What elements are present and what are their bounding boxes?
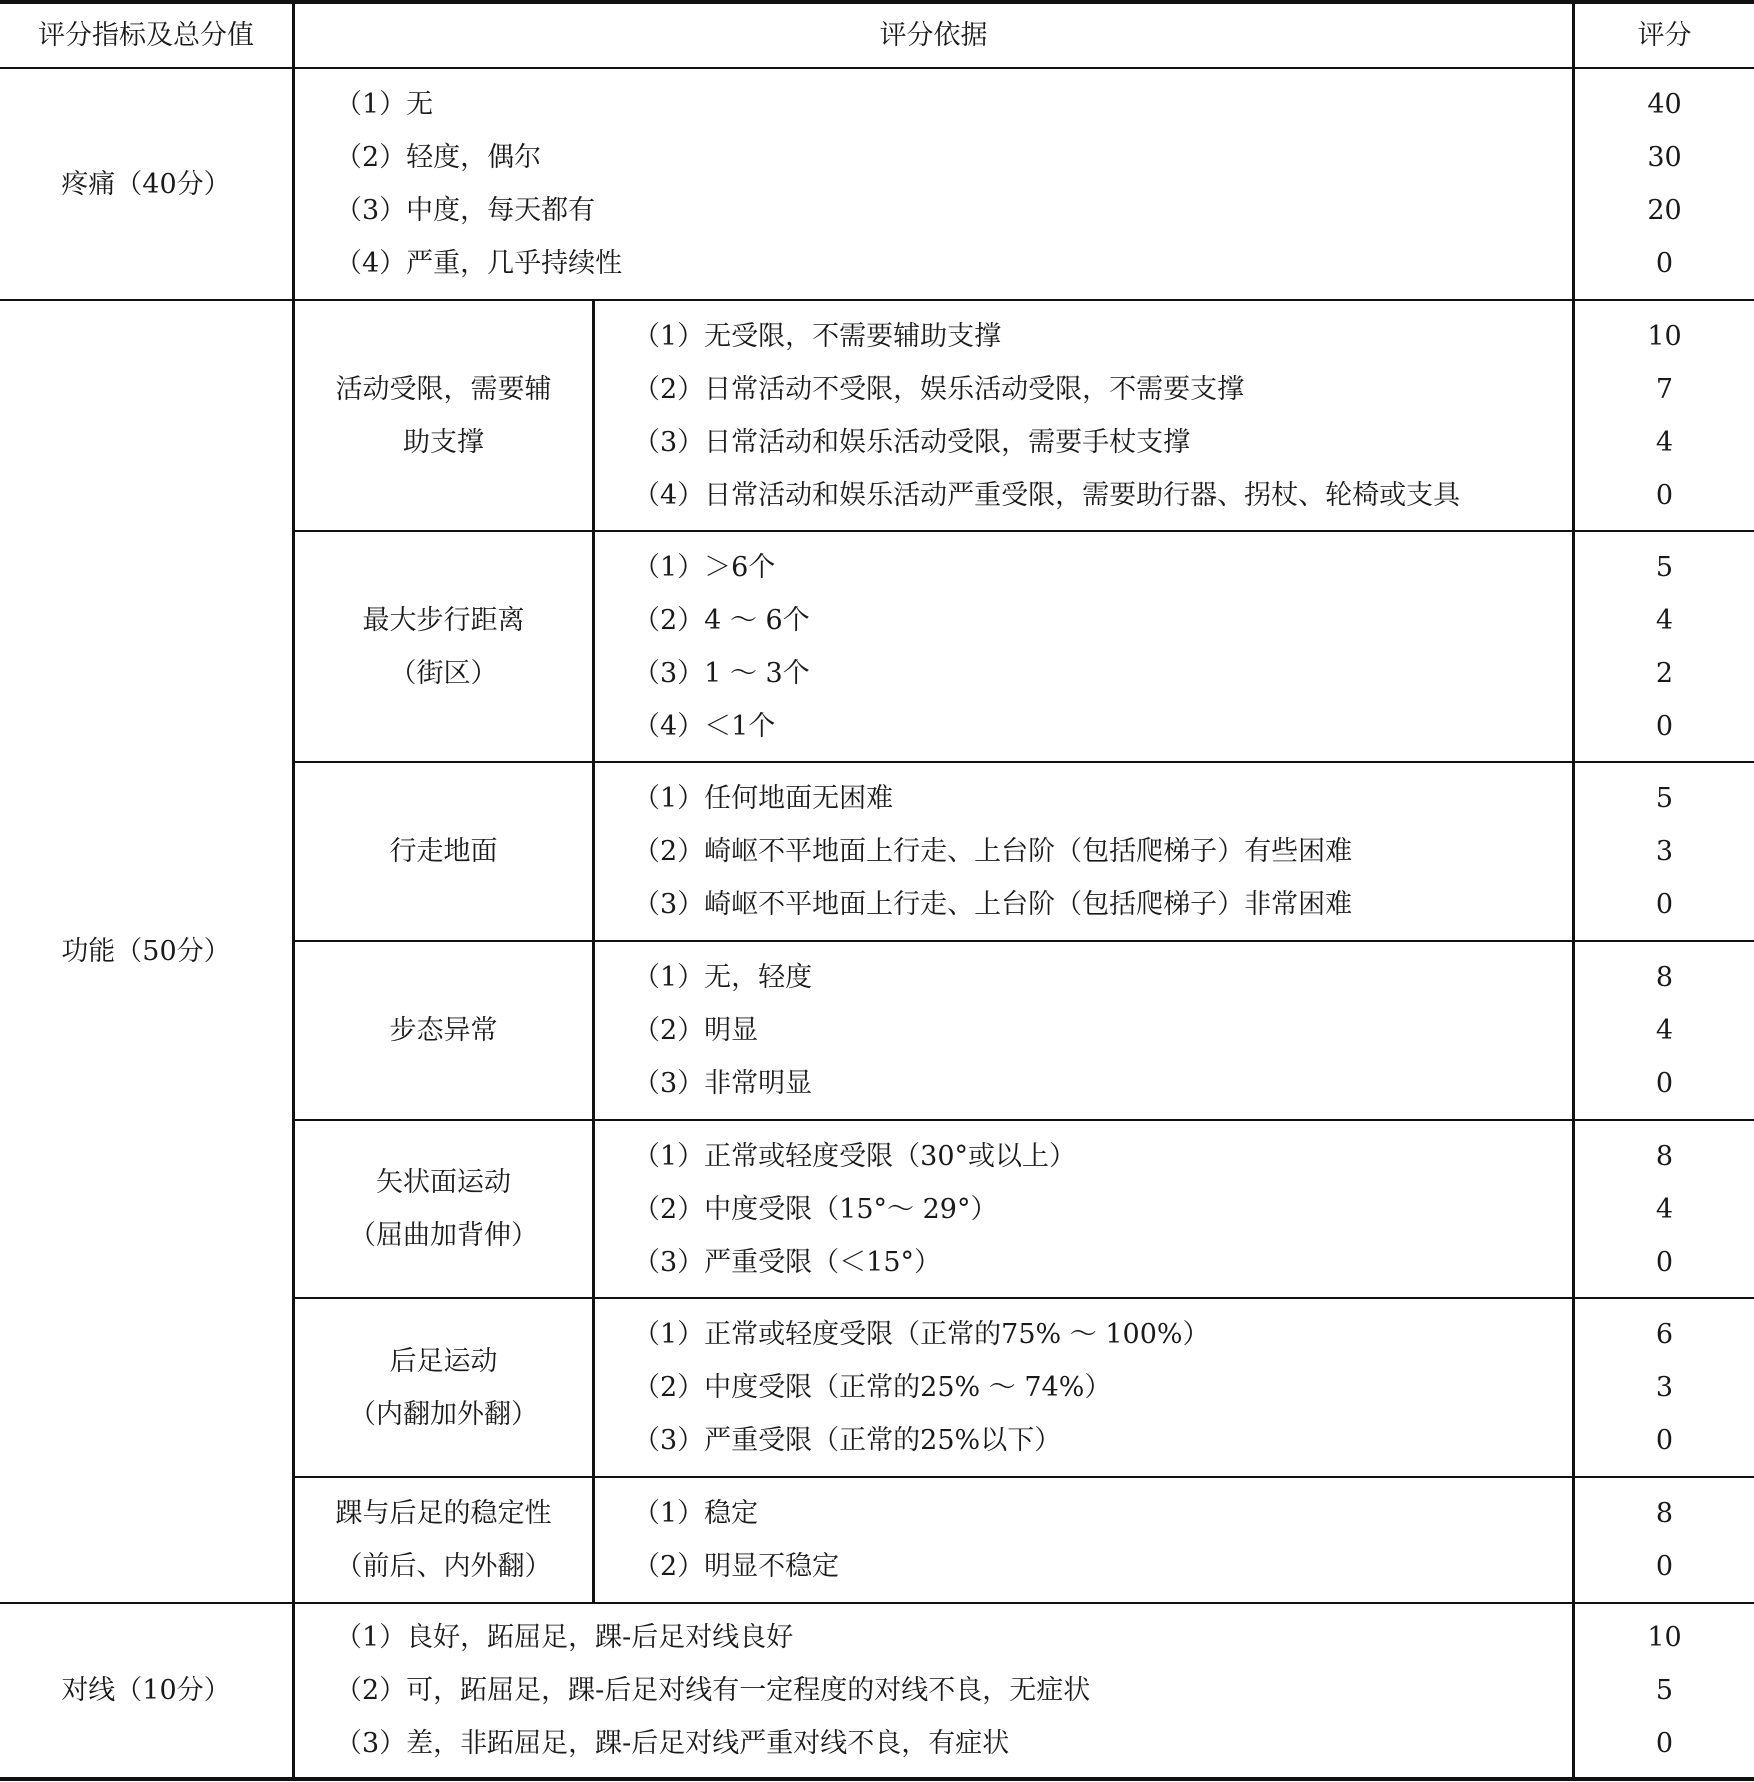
score: 20 (1647, 184, 1681, 237)
score: 40 (1647, 78, 1681, 131)
distance-label-cell: 最大步行距离 （街区） (295, 532, 592, 761)
hindfoot-criteria-cell: （1）正常或轻度受限（正常的75% ～ 100%） （2）中度受限（正常的25%… (633, 1299, 1568, 1476)
score: 0 (1656, 469, 1673, 522)
col-rule-sub (592, 300, 595, 1603)
activity-label-cell: 活动受限，需要辅 助支撑 (295, 301, 592, 530)
score: 10 (1647, 1611, 1681, 1664)
sub-label-line: 行走地面 (390, 825, 498, 878)
score: 8 (1656, 1130, 1673, 1183)
score: 0 (1656, 700, 1673, 753)
criterion: （1）稳定 (633, 1487, 1568, 1540)
criterion: （1）正常或轻度受限（30°或以上） (633, 1130, 1568, 1183)
criterion: （2）中度受限（正常的25% ～ 74%） (633, 1361, 1568, 1414)
sub-label-line: 后足运动 (390, 1335, 498, 1388)
criterion: （3）差，非跖屈足，踝-后足对线严重对线不良，有症状 (335, 1717, 1565, 1770)
header-basis: 评分依据 (295, 4, 1572, 67)
activity-criteria-cell: （1）无受限，不需要辅助支撑 （2）日常活动不受限，娱乐活动受限，不需要支撑 （… (633, 301, 1568, 530)
criterion: （3）日常活动和娱乐活动受限，需要手杖支撑 (633, 416, 1568, 469)
sagittal-criteria-cell: （1）正常或轻度受限（30°或以上） （2）中度受限（15°～ 29°） （3）… (633, 1121, 1568, 1297)
gait-label-cell: 步态异常 (295, 942, 592, 1119)
criterion: （3）严重受限（＜15°） (633, 1236, 1568, 1289)
sub-label-line: 步态异常 (390, 1004, 498, 1057)
score: 4 (1656, 1004, 1673, 1057)
surface-scores-cell: 5 3 0 (1575, 763, 1754, 940)
header-basis-label: 评分依据 (880, 9, 988, 62)
hindfoot-scores-cell: 6 3 0 (1575, 1299, 1754, 1476)
criterion: （3）崎岖不平地面上行走、上台阶（包括爬梯子）非常困难 (633, 878, 1568, 931)
criterion: （2）日常活动不受限，娱乐活动受限，不需要支撑 (633, 363, 1568, 416)
criterion: （1）良好，跖屈足，踝-后足对线良好 (335, 1611, 1565, 1664)
pain-criteria-cell: （1）无 （2）轻度，偶尔 （3）中度，每天都有 （4）严重，几乎持续性 (335, 69, 1565, 299)
stability-label-cell: 踝与后足的稳定性 （前后、内外翻） (295, 1478, 592, 1602)
surface-criteria-cell: （1）任何地面无困难 （2）崎岖不平地面上行走、上台阶（包括爬梯子）有些困难 （… (633, 763, 1568, 940)
alignment-scores-cell: 10 5 0 (1575, 1604, 1754, 1777)
score: 5 (1656, 772, 1673, 825)
criterion: （1）正常或轻度受限（正常的75% ～ 100%） (633, 1308, 1568, 1361)
score: 4 (1656, 416, 1673, 469)
activity-scores-cell: 10 7 4 0 (1575, 301, 1754, 530)
criterion: （4）日常活动和娱乐活动严重受限，需要助行器、拐杖、轮椅或支具 (633, 469, 1568, 522)
distance-criteria-cell: （1）＞6个 （2）4 ～ 6个 （3）1 ～ 3个 （4）＜1个 (633, 532, 1568, 761)
sub-label-line: （街区） (390, 647, 498, 700)
alignment-label: 对线（10分） (61, 1664, 230, 1717)
header-indicator-label: 评分指标及总分值 (38, 9, 254, 62)
stability-criteria-cell: （1）稳定 （2）明显不稳定 (633, 1478, 1568, 1602)
pain-scores-cell: 40 30 20 0 (1575, 69, 1754, 299)
sub-label-line: （前后、内外翻） (336, 1540, 552, 1593)
alignment-label-cell: 对线（10分） (0, 1604, 292, 1777)
criterion: （3）严重受限（正常的25%以下） (633, 1414, 1568, 1467)
criterion: （1）＞6个 (633, 541, 1568, 594)
criterion: （1）任何地面无困难 (633, 772, 1568, 825)
score: 8 (1656, 951, 1673, 1004)
function-label-cell: 功能（50分） (0, 301, 292, 1602)
header-indicator: 评分指标及总分值 (0, 4, 292, 67)
gait-scores-cell: 8 4 0 (1575, 942, 1754, 1119)
score: 4 (1656, 594, 1673, 647)
sub-label-line: 最大步行距离 (363, 594, 525, 647)
sagittal-scores-cell: 8 4 0 (1575, 1121, 1754, 1297)
hindfoot-label-cell: 后足运动 （内翻加外翻） (295, 1299, 592, 1476)
criterion: （3）非常明显 (633, 1057, 1568, 1110)
criterion: （2）可，跖屈足，踝-后足对线有一定程度的对线不良，无症状 (335, 1664, 1565, 1717)
criterion: （1）无 (335, 78, 1565, 131)
gait-criteria-cell: （1）无，轻度 （2）明显 （3）非常明显 (633, 942, 1568, 1119)
criterion: （4）＜1个 (633, 700, 1568, 753)
score: 0 (1656, 878, 1673, 931)
sub-label-line: （屈曲加背伸） (349, 1209, 538, 1262)
pain-label: 疼痛（40分） (61, 158, 230, 211)
sub-label-line: 助支撑 (403, 416, 484, 469)
criterion: （2）轻度，偶尔 (335, 131, 1565, 184)
pain-label-cell: 疼痛（40分） (0, 69, 292, 299)
criterion: （2）明显 (633, 1004, 1568, 1057)
sub-label-line: 矢状面运动 (376, 1156, 511, 1209)
function-label: 功能（50分） (61, 925, 230, 978)
criterion: （2）崎岖不平地面上行走、上台阶（包括爬梯子）有些困难 (633, 825, 1568, 878)
surface-label-cell: 行走地面 (295, 763, 592, 940)
criterion: （4）严重，几乎持续性 (335, 237, 1565, 290)
sub-label-line: 踝与后足的稳定性 (336, 1487, 552, 1540)
stability-scores-cell: 8 0 (1575, 1478, 1754, 1602)
distance-scores-cell: 5 4 2 0 (1575, 532, 1754, 761)
score: 7 (1656, 363, 1673, 416)
score: 0 (1656, 1057, 1673, 1110)
table-bottom-rule (0, 1777, 1754, 1781)
score: 0 (1656, 1717, 1673, 1770)
score: 4 (1656, 1183, 1673, 1236)
sub-label-line: （内翻加外翻） (349, 1388, 538, 1441)
criterion: （3）中度，每天都有 (335, 184, 1565, 237)
score: 0 (1656, 1236, 1673, 1289)
score: 0 (1656, 1414, 1673, 1467)
criterion: （3）1 ～ 3个 (633, 647, 1568, 700)
score: 3 (1656, 825, 1673, 878)
score: 30 (1647, 131, 1681, 184)
sub-label-line: 活动受限，需要辅 (336, 363, 552, 416)
score: 3 (1656, 1361, 1673, 1414)
header-score: 评分 (1575, 4, 1754, 67)
criterion: （2）中度受限（15°～ 29°） (633, 1183, 1568, 1236)
score: 0 (1656, 1540, 1673, 1593)
score: 5 (1656, 1664, 1673, 1717)
score: 6 (1656, 1308, 1673, 1361)
score: 8 (1656, 1487, 1673, 1540)
score: 2 (1656, 647, 1673, 700)
alignment-criteria-cell: （1）良好，跖屈足，踝-后足对线良好 （2）可，跖屈足，踝-后足对线有一定程度的… (335, 1604, 1565, 1777)
criterion: （2）明显不稳定 (633, 1540, 1568, 1593)
criterion: （2）4 ～ 6个 (633, 594, 1568, 647)
header-score-label: 评分 (1638, 9, 1692, 62)
score: 0 (1656, 237, 1673, 290)
score: 5 (1656, 541, 1673, 594)
criterion: （1）无受限，不需要辅助支撑 (633, 310, 1568, 363)
sagittal-label-cell: 矢状面运动 （屈曲加背伸） (295, 1121, 592, 1297)
score: 10 (1647, 310, 1681, 363)
criterion: （1）无，轻度 (633, 951, 1568, 1004)
